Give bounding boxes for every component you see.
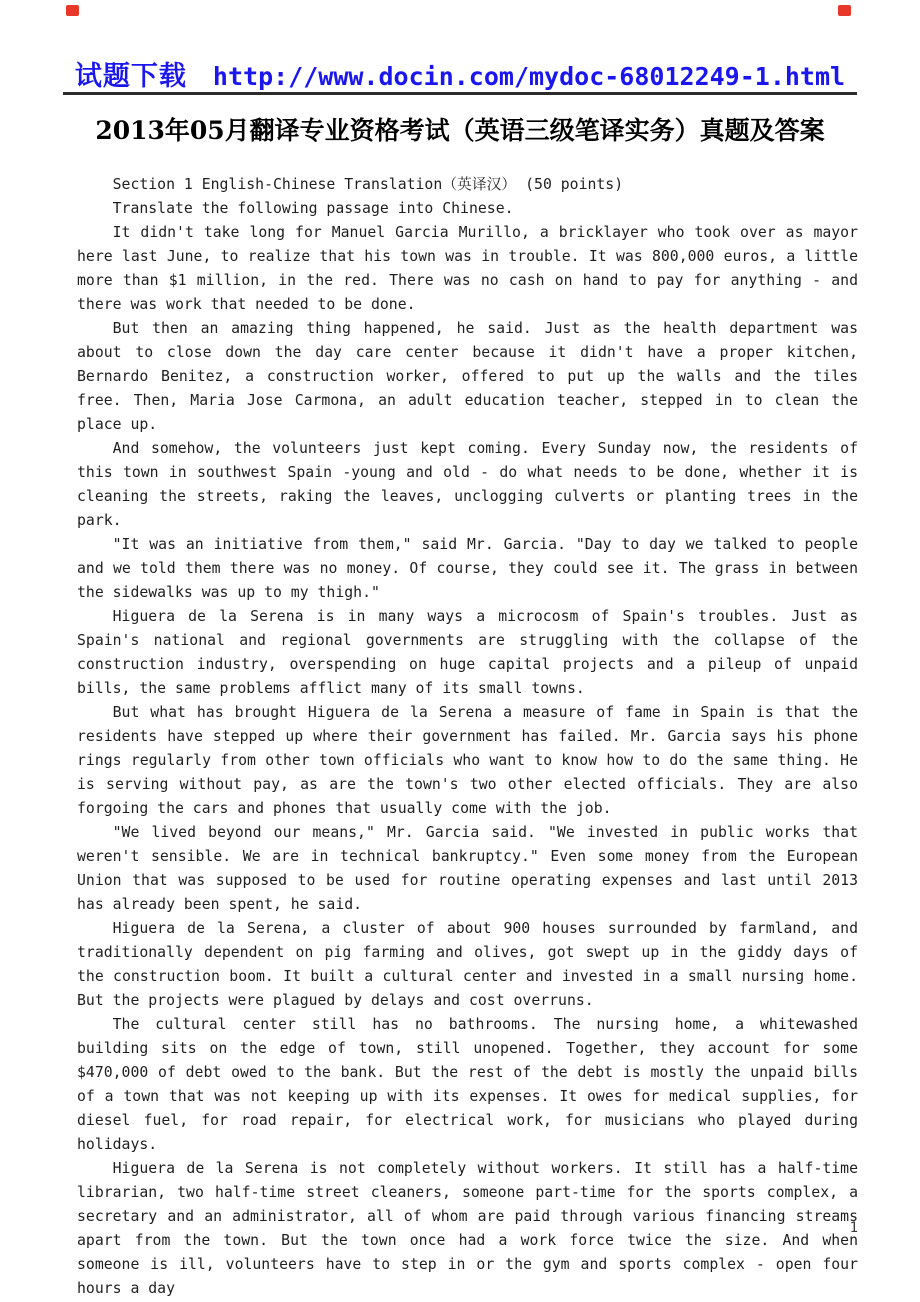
section-heading: Section 1 English-Chinese Translation（英译…	[77, 173, 858, 197]
red-corner-mark-right	[838, 5, 851, 16]
body-paragraph: "We lived beyond our means," Mr. Garcia …	[77, 821, 858, 917]
body-paragraph: Higuera de la Serena is not completely w…	[77, 1157, 858, 1301]
body-paragraph: Higuera de la Serena is in many ways a m…	[77, 605, 858, 701]
body-paragraph: The cultural center still has no bathroo…	[77, 1013, 858, 1157]
download-header: 试题下载http://www.docin.com/mydoc-68012249-…	[63, 54, 857, 93]
body-paragraph: But then an amazing thing happened, he s…	[77, 317, 858, 437]
download-link[interactable]: http://www.docin.com/mydoc-68012249-1.ht…	[213, 62, 845, 91]
document-page: 试题下载http://www.docin.com/mydoc-68012249-…	[0, 0, 920, 1302]
document-title: 2013年05月翻译专业资格考试（英语三级笔译实务）真题及答案	[0, 111, 920, 147]
body-paragraph: "It was an initiative from them," said M…	[77, 533, 858, 605]
body-paragraph: But what has brought Higuera de la Seren…	[77, 701, 858, 821]
download-label: 试题下载	[75, 61, 187, 92]
body-paragraph: Higuera de la Serena, a cluster of about…	[77, 917, 858, 1013]
page-number: 1	[850, 1220, 858, 1236]
document-body: Section 1 English-Chinese Translation（英译…	[77, 173, 858, 1301]
instruction-line: Translate the following passage into Chi…	[77, 197, 858, 221]
red-corner-mark-left	[66, 5, 79, 16]
body-paragraph: And somehow, the volunteers just kept co…	[77, 437, 858, 533]
body-paragraph: It didn't take long for Manuel Garcia Mu…	[77, 221, 858, 317]
header-divider	[63, 92, 857, 95]
